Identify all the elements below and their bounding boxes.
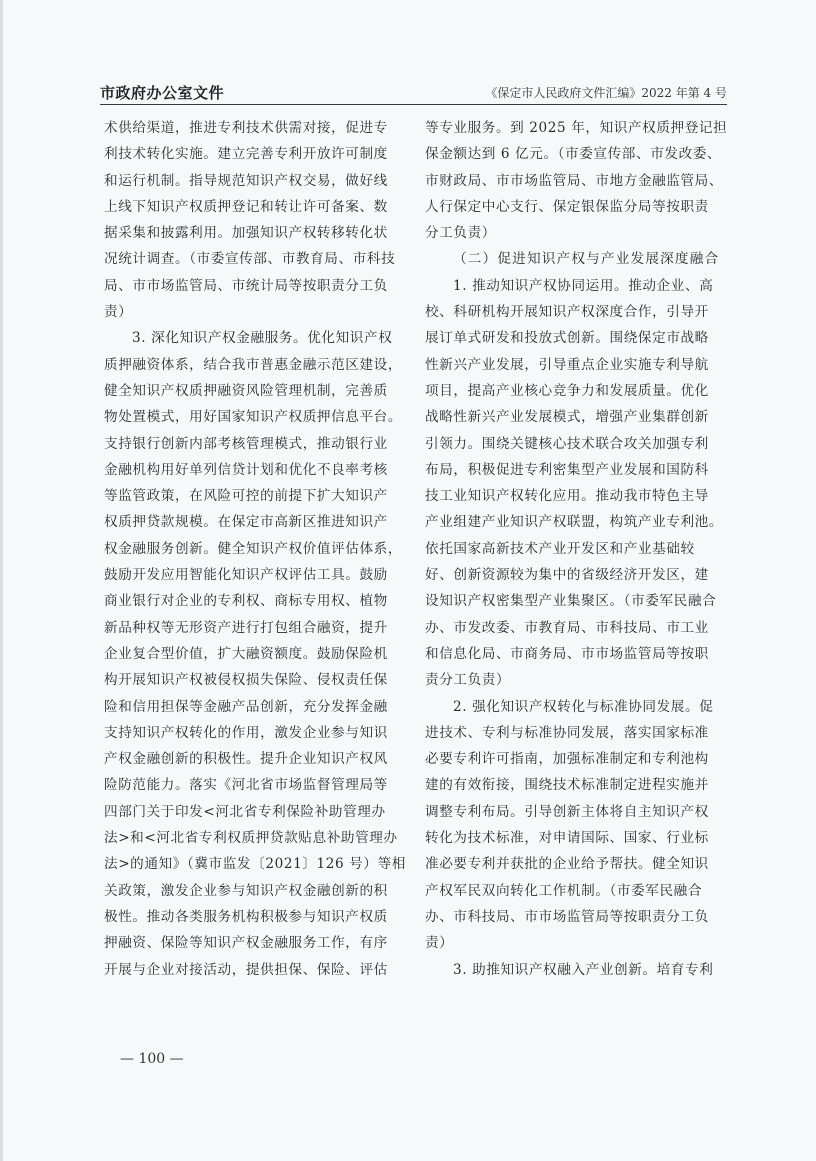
text-line: 构开展知识产权被侵权损失保险、侵权责任保 — [104, 667, 408, 693]
text-line: 支持知识产权转化的作用，激发企业参与知识 — [104, 720, 408, 746]
text-line: 质押融资体系，结合我市普惠金融示范区建设， — [104, 352, 408, 378]
text-line: 鼓励开发应用智能化知识产权评估工具。鼓励 — [104, 562, 408, 588]
text-line: 险和信用担保等金融产品创新，充分发挥金融 — [104, 694, 408, 720]
text-line: 准必要专利并获批的企业给予帮扶。健全知识 — [425, 851, 728, 877]
header-department: 市政府办公室文件 — [100, 82, 224, 103]
text-line: 设知识产权密集型产业集聚区。（市委军民融合 — [425, 588, 728, 614]
section-heading: （二）促进知识产权与产业发展深度融合 — [425, 246, 728, 272]
text-line: 校、科研机构开展知识产权深度合作，引导开 — [425, 299, 728, 325]
text-line: 物处置模式，用好国家知识产权质押信息平台。 — [104, 404, 408, 430]
text-line: 健全知识产权质押融资风险管理机制，完善质 — [104, 378, 408, 404]
text-line: 等监管政策，在风险可控的前提下扩大知识产 — [104, 483, 408, 509]
text-line: 产权金融创新的积极性。提升企业知识产权风 — [104, 746, 408, 772]
text-line: 开展与企业对接活动，提供担保、保险、评估 — [104, 957, 408, 983]
text-line: 产业组建产业知识产权联盟，构筑产业专利池。 — [425, 509, 728, 535]
page-number: — 100 — — [120, 1051, 184, 1067]
text-line: 局、市市场监管局、市统计局等按职责分工负 — [104, 273, 408, 299]
text-line: 利技术转化实施。建立完善专利开放许可制度 — [104, 141, 408, 167]
text-line: 责分工负责） — [425, 667, 728, 693]
header-publication: 《保定市人民政府文件汇编》2022 年第 4 号 — [485, 84, 727, 101]
text-line: 权质押贷款规模。在保定市高新区推进知识产 — [104, 509, 408, 535]
text-line: 责） — [425, 930, 728, 956]
text-line: 办、市科技局、市市场监管局等按职责分工负 — [425, 904, 728, 930]
text-line: 必要专利许可指南，加强标准制定和专利池构 — [425, 746, 728, 772]
text-line: 3. 深化知识产权金融服务。优化知识产权 — [104, 325, 408, 351]
text-line: 新品种权等无形资产进行打包组合融资，提升 — [104, 615, 408, 641]
text-line: 支持银行创新内部考核管理模式，推动银行业 — [104, 431, 408, 457]
text-line: 建的有效衔接，围绕技术标准制定进程实施并 — [425, 772, 728, 798]
text-line: 调整专利布局。引导创新主体将自主知识产权 — [425, 799, 728, 825]
text-line: 引领力。围绕关键核心技术联合攻关加强专利 — [425, 431, 728, 457]
text-line: 性新兴产业发展，引导重点企业实施专利导航 — [425, 352, 728, 378]
text-line: 人行保定中心支行、保定银保监分局等按职责 — [425, 194, 728, 220]
text-line: 险防范能力。落实《河北省市场监督管理局等 — [104, 772, 408, 798]
text-line: 技工业知识产权转化应用。推动我市特色主导 — [425, 483, 728, 509]
text-line: 布局，积极促进专利密集型产业发展和国防科 — [425, 457, 728, 483]
right-column: 等专业服务。到 2025 年，知识产权质押登记担保金额达到 6 亿元。（市委宣传… — [425, 115, 728, 983]
text-line: 责） — [104, 299, 408, 325]
text-line: 市财政局、市市场监管局、市地方金融监管局、 — [425, 168, 728, 194]
text-line: 术供给渠道，推进专利技术供需对接，促进专 — [104, 115, 408, 141]
left-column: 术供给渠道，推进专利技术供需对接，促进专利技术转化实施。建立完善专利开放许可制度… — [104, 115, 408, 983]
text-line: 和信息化局、市商务局、市市场监管局等按职 — [425, 641, 728, 667]
text-line: 依托国家高新技术产业开发区和产业基础较 — [425, 536, 728, 562]
text-line: 项目，提高产业核心竞争力和发展质量。优化 — [425, 378, 728, 404]
text-line: 好、创新资源较为集中的省级经济开发区，建 — [425, 562, 728, 588]
text-line: 权金融服务创新。健全知识产权价值评估体系， — [104, 536, 408, 562]
text-line: 极性。推动各类服务机构积极参与知识产权质 — [104, 904, 408, 930]
text-line: 2. 强化知识产权转化与标准协同发展。促 — [425, 694, 728, 720]
text-line: 1. 推动知识产权协同运用。推动企业、高 — [425, 273, 728, 299]
text-line: 办、市发改委、市教育局、市科技局、市工业 — [425, 615, 728, 641]
text-line: 关政策，激发企业参与知识产权金融创新的积 — [104, 878, 408, 904]
text-line: 产权军民双向转化工作机制。（市委军民融合 — [425, 878, 728, 904]
text-line: 押融资、保险等知识产权金融服务工作，有序 — [104, 930, 408, 956]
text-line: 和运行机制。指导规范知识产权交易，做好线 — [104, 168, 408, 194]
text-line: 据采集和披露利用。加强知识产权转移转化状 — [104, 220, 408, 246]
page-header: 市政府办公室文件 《保定市人民政府文件汇编》2022 年第 4 号 — [100, 82, 727, 105]
text-line: 进技术、专利与标准协同发展，落实国家标准 — [425, 720, 728, 746]
scan-edge — [0, 0, 3, 1161]
text-line: 企业复合型价值，扩大融资额度。鼓励保险机 — [104, 641, 408, 667]
text-line: 法>的通知》（冀市监发〔2021〕126 号）等相 — [104, 851, 408, 877]
text-line: 分工负责） — [425, 220, 728, 246]
text-line: 况统计调查。（市委宣传部、市教育局、市科技 — [104, 246, 408, 272]
text-line: 保金额达到 6 亿元。（市委宣传部、市发改委、 — [425, 141, 728, 167]
text-line: 转化为技术标准，对申请国际、国家、行业标 — [425, 825, 728, 851]
text-line: 等专业服务。到 2025 年，知识产权质押登记担 — [425, 115, 728, 141]
text-line: 战略性新兴产业发展模式，增强产业集群创新 — [425, 404, 728, 430]
text-line: 商业银行对企业的专利权、商标专用权、植物 — [104, 588, 408, 614]
text-line: 金融机构用好单列信贷计划和优化不良率考核 — [104, 457, 408, 483]
text-line: 展订单式研发和投放式创新。围绕保定市战略 — [425, 325, 728, 351]
text-line: 法>和<河北省专利权质押贷款贴息补助管理办 — [104, 825, 408, 851]
text-line: 上线下知识产权质押登记和转让许可备案、数 — [104, 194, 408, 220]
text-line: 四部门关于印发<河北省专利保险补助管理办 — [104, 799, 408, 825]
text-line: 3. 助推知识产权融入产业创新。培育专利 — [425, 957, 728, 983]
